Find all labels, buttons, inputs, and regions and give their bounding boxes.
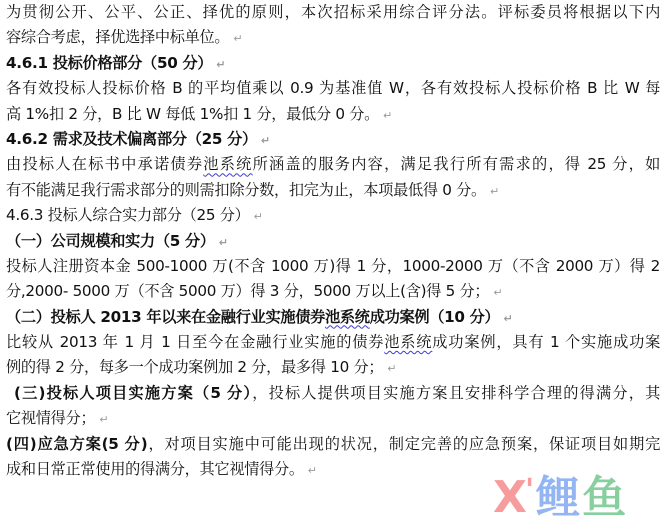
- heading-text: 4.6.2 需求及技术偏离部分（25 分）: [6, 130, 257, 148]
- line-text: 容综合考虑，择优选择中标单位。: [6, 28, 229, 46]
- section-heading-4-6-2: 4.6.2 需求及技术偏离部分（25 分）↵: [6, 127, 660, 152]
- line-text: 例的得 2 分，每多一个成功案例加 2 分，最多得 10 分；: [6, 358, 383, 376]
- heading-text: 4.6.1 投标价格部分（50 分）: [6, 54, 212, 72]
- line-text: 高 1%扣 2 分，B 比 W 每低 1%扣 1 分，最低分 0 分。: [6, 105, 379, 123]
- paragraph-mark-icon: ↵: [254, 210, 263, 223]
- intro-line-2: 容综合考虑，择优选择中标单位。↵: [6, 25, 660, 50]
- spellcheck-underlined-text[interactable]: 池系统: [325, 308, 370, 326]
- subsection-heading-1: （一）公司规模和实力（5 分）↵: [6, 229, 660, 254]
- line-text: 投标人注册资本金 500-1000 万(不含 1000 万)得 1 分，1000…: [6, 257, 660, 275]
- price-line-2: 高 1%扣 2 分，B 比 W 每低 1%扣 1 分，最低分 0 分。↵: [6, 102, 660, 127]
- paragraph-mark-icon: ↵: [490, 185, 499, 198]
- subsection-heading-2: （二）投标人 2013 年以来在金融行业实施债券池系统成功案例（10 分）↵: [6, 305, 660, 330]
- section-heading-4-6-1: 4.6.1 投标价格部分（50 分）↵: [6, 51, 660, 76]
- price-line-1: 各有效投标人投标价格 B 的平均值乘以 0.9 为基准值 W，各有效投标人投标价…: [6, 76, 660, 101]
- spellcheck-underlined-text[interactable]: 池系统: [384, 333, 432, 351]
- cases-line-2: 例的得 2 分，每多一个成功案例加 2 分，最多得 10 分；↵: [6, 355, 660, 380]
- line-text: ，对项目实施中可能出现的状况，制定完善的应急预案，保证项目如期完: [147, 435, 660, 453]
- paragraph-mark-icon: ↵: [387, 362, 396, 375]
- heading-text: (四)应急方案(5 分): [6, 435, 147, 453]
- document-page: 为贯彻公开、公平、公正、择优的原则，本次招标采用综合评分法。评标委员将根据以下内…: [6, 0, 660, 482]
- section-heading-4-6-3: 4.6.3 投标人综合实力部分（25 分）↵: [6, 203, 660, 228]
- heading-text: (三)投标人项目实施方案（5 分）: [14, 384, 252, 402]
- paragraph-mark-icon: ↵: [219, 236, 228, 249]
- subsection-4-line-1: (四)应急方案(5 分)，对项目实施中可能出现的状况，制定完善的应急预案，保证项…: [6, 432, 660, 457]
- subsection-3-line-1: (三)投标人项目实施方案（5 分），投标人提供项目实施方案且安排科学合理的得满分…: [6, 381, 660, 406]
- paragraph-mark-icon: ↵: [99, 413, 108, 426]
- paragraph-mark-icon: ↵: [308, 464, 317, 477]
- line-text: 分,2000- 5000 万（不含 5000 万）得 3 分，5000 万以上(…: [6, 282, 489, 300]
- subsection-3-line-2: 它视情得分；↵: [6, 406, 660, 431]
- line-text: 成功案例，具有 1 个实施成功案: [432, 333, 660, 351]
- paragraph-mark-icon: ↵: [261, 134, 270, 147]
- spellcheck-underlined-text[interactable]: 池系统: [203, 155, 252, 173]
- tech-line-2: 有不能满足我行需求部分的则需扣除分数，扣完为止，本项最低得 0 分。↵: [6, 178, 660, 203]
- subsection-4-line-2: 成和日常正常使用的得满分，其它视情得分。↵: [6, 457, 660, 482]
- line-text: 比较从 2013 年 1 月 1 日至今在金融行业实施的债券: [6, 333, 384, 351]
- intro-line-1: 为贯彻公开、公平、公正、择优的原则，本次招标采用综合评分法。评标委员将根据以下内: [6, 0, 660, 25]
- line-text: 为贯彻公开、公平、公正、择优的原则，本次招标采用综合评分法。评标委员将根据以下内: [6, 3, 660, 21]
- capital-line-1: 投标人注册资本金 500-1000 万(不含 1000 万)得 1 分，1000…: [6, 254, 660, 279]
- heading-text: （二）投标人 2013 年以来在金融行业实施债券: [6, 308, 325, 326]
- line-text: 它视情得分；: [6, 409, 95, 427]
- cases-line-1: 比较从 2013 年 1 月 1 日至今在金融行业实施的债券池系统成功案例，具有…: [6, 330, 660, 355]
- line-text: ，投标人提供项目实施方案且安排科学合理的得满分，其: [252, 384, 660, 402]
- line-text: 成和日常正常使用的得满分，其它视情得分。: [6, 460, 304, 478]
- line-text: 有不能满足我行需求部分的则需扣除分数，扣完为止，本项最低得 0 分。: [6, 181, 486, 199]
- paragraph-mark-icon: ↵: [233, 32, 242, 45]
- heading-text: 4.6.3 投标人综合实力部分（25 分）: [6, 206, 250, 224]
- heading-text: （一）公司规模和实力（5 分）: [6, 232, 215, 250]
- tech-line-1: 由投标人在标书中承诺债券池系统所涵盖的服务内容，满足我行所有需求的，得 25 分…: [6, 152, 660, 177]
- capital-line-2: 分,2000- 5000 万（不含 5000 万）得 3 分，5000 万以上(…: [6, 279, 660, 304]
- paragraph-mark-icon: ↵: [216, 58, 225, 71]
- paragraph-mark-icon: ↵: [383, 109, 392, 122]
- paragraph-mark-icon: ↵: [503, 312, 512, 325]
- line-text: 所涵盖的服务内容，满足我行所有需求的，得 25 分，如: [253, 155, 660, 173]
- line-text: 各有效投标人投标价格 B 的平均值乘以 0.9 为基准值 W，各有效投标人投标价…: [6, 79, 660, 97]
- paragraph-mark-icon: ↵: [493, 286, 502, 299]
- heading-text: 成功案例（10 分）: [370, 308, 500, 326]
- line-text: 由投标人在标书中承诺债券: [6, 155, 203, 173]
